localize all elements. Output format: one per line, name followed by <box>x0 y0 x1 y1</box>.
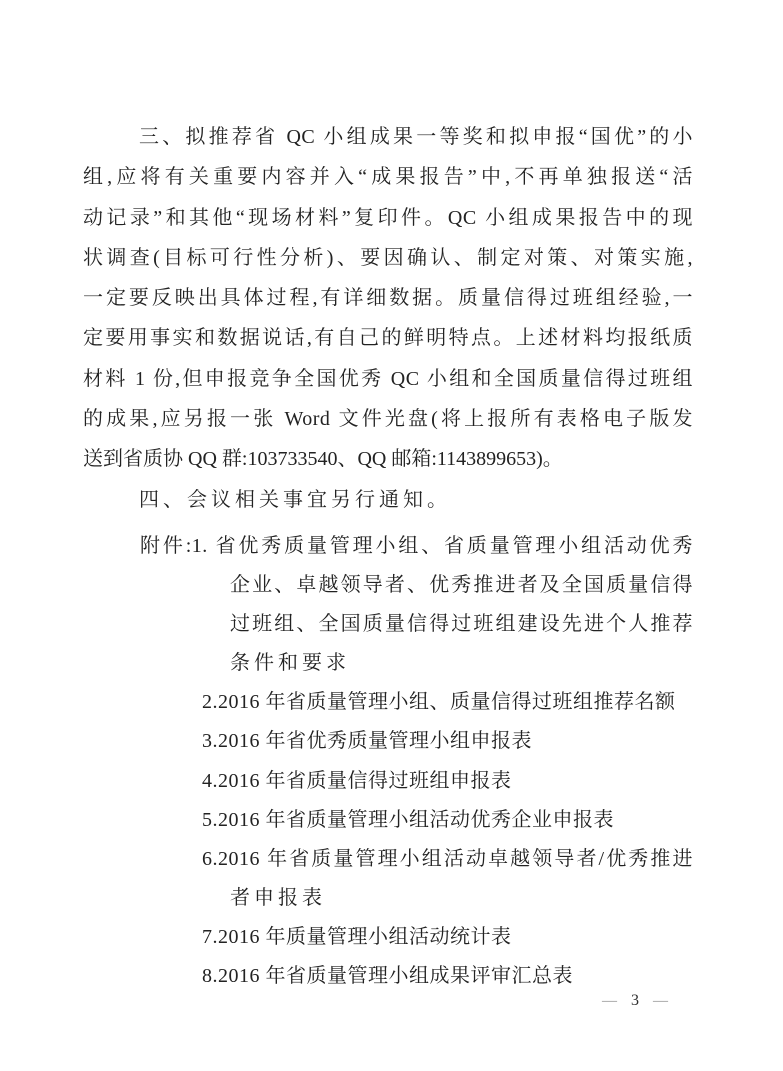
attachment-line-3: 过班组、全国质量信得过班组建设先进个人推荐 <box>83 605 693 644</box>
para3-line-1: 三、拟推荐省 QC 小组成果一等奖和拟申报“国优”的小 <box>83 117 693 157</box>
page-number: — 3 — <box>602 992 668 1010</box>
attachment-line-7: 4.2016 年省质量信得过班组申报表 <box>83 762 693 801</box>
attachment-line-5: 2.2016 年省质量管理小组、质量信得过班组推荐名额 <box>83 683 693 722</box>
attachment-line-11: 7.2016 年质量管理小组活动统计表 <box>83 918 693 957</box>
attachment-line-10: 者申报表 <box>83 879 693 918</box>
paragraph-section-four: 四、会议相关事宜另行通知。 <box>83 480 693 520</box>
document-page: 三、拟推荐省 QC 小组成果一等奖和拟申报“国优”的小 组,应将有关重要内容并入… <box>0 0 783 1071</box>
para3-line-9: 送到省质协 QQ 群:103733540、QQ 邮箱:1143899653)。 <box>83 439 693 479</box>
attachment-list: 附件:1. 省优秀质量管理小组、省质量管理小组活动优秀 企业、卓越领导者、优秀推… <box>83 527 693 996</box>
paragraph-section-three: 三、拟推荐省 QC 小组成果一等奖和拟申报“国优”的小 组,应将有关重要内容并入… <box>83 117 693 480</box>
para3-line-8: 的成果,应另报一张 Word 文件光盘(将上报所有表格电子版发 <box>83 399 693 439</box>
para3-line-2: 组,应将有关重要内容并入“成果报告”中,不再单独报送“活 <box>83 157 693 197</box>
para4-line: 四、会议相关事宜另行通知。 <box>83 480 693 520</box>
para3-line-6: 定要用事实和数据说话,有自己的鲜明特点。上述材料均报纸质 <box>83 318 693 358</box>
para3-line-5: 一定要反映出具体过程,有详细数据。质量信得过班组经验,一 <box>83 278 693 318</box>
para3-line-3: 动记录”和其他“现场材料”复印件。QC 小组成果报告中的现 <box>83 198 693 238</box>
para3-line-7: 材料 1 份,但申报竞争全国优秀 QC 小组和全国质量信得过班组 <box>83 359 693 399</box>
attachment-line-9: 6.2016 年省质量管理小组活动卓越领导者/优秀推进 <box>83 840 693 879</box>
attachment-line-8: 5.2016 年省质量管理小组活动优秀企业申报表 <box>83 801 693 840</box>
page-number-value: 3 <box>631 992 639 1010</box>
attachment-line-1: 附件:1. 省优秀质量管理小组、省质量管理小组活动优秀 <box>83 527 693 566</box>
attachment-line-6: 3.2016 年省优秀质量管理小组申报表 <box>83 722 693 761</box>
page-number-dash-left: — <box>602 993 617 1010</box>
para3-line-4: 状调查(目标可行性分析)、要因确认、制定对策、对策实施, <box>83 238 693 278</box>
attachment-line-12: 8.2016 年省质量管理小组成果评审汇总表 <box>83 957 693 996</box>
attachment-line-2: 企业、卓越领导者、优秀推进者及全国质量信得 <box>83 566 693 605</box>
page-number-dash-right: — <box>653 993 668 1010</box>
attachment-line-4: 条件和要求 <box>83 644 693 683</box>
document-text-block: 三、拟推荐省 QC 小组成果一等奖和拟申报“国优”的小 组,应将有关重要内容并入… <box>83 117 693 996</box>
